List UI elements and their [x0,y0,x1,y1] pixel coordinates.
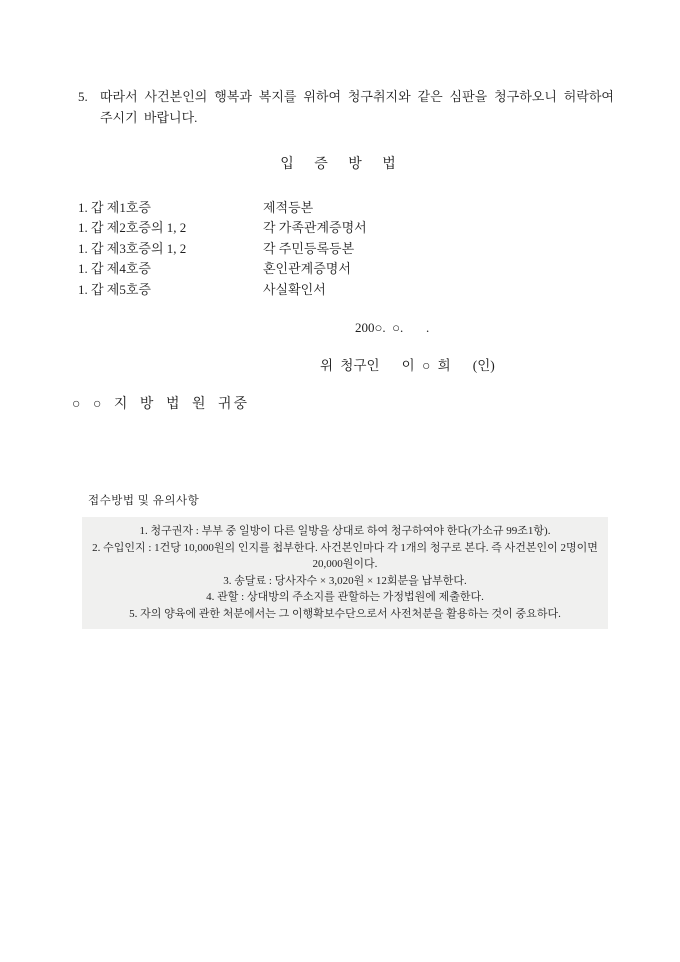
evidence-item: 1. 갑 제2호증의 1, 2 각 가족관계증명서 [78,218,614,238]
closing-paragraph-text: 따라서 사건본인의 행복과 복지를 위하여 청구취지와 같은 심판을 청구하오니… [100,86,614,128]
petitioner-signature-line: 위 청구인 이 ○ 희 (인) [78,355,614,376]
closing-paragraph: 5. 따라서 사건본인의 행복과 복지를 위하여 청구취지와 같은 심판을 청구… [78,86,614,128]
evidence-item-value: 사실확인서 [263,280,614,300]
filing-note-item: 1. 청구권자 : 부부 중 일방이 다른 일방을 상대로 하여 청구하여야 한… [92,523,598,540]
evidence-item-label: 1. 갑 제4호증 [78,259,263,279]
evidence-list: 1. 갑 제1호증 제적등본 1. 갑 제2호증의 1, 2 각 가족관계증명서… [78,198,614,300]
evidence-item-label: 1. 갑 제3호증의 1, 2 [78,239,263,259]
document-body: 5. 따라서 사건본인의 행복과 복지를 위하여 청구취지와 같은 심판을 청구… [0,0,680,629]
filing-notes-title: 접수방법 및 유의사항 [88,492,614,508]
evidence-item-value: 제적등본 [263,198,614,218]
evidence-item-label: 1. 갑 제5호증 [78,280,263,300]
filing-notes-box: 1. 청구권자 : 부부 중 일방이 다른 일방을 상대로 하여 청구하여야 한… [82,517,608,629]
evidence-section-title: 입 증 방 법 [78,153,600,173]
closing-paragraph-number: 5. [78,86,100,128]
evidence-item-label: 1. 갑 제2호증의 1, 2 [78,218,263,238]
court-addressee-line: ○ ○ 지 방 법 원 귀중 [72,394,614,415]
evidence-item-value: 각 주민등록등본 [263,239,614,259]
filing-note-item: 3. 송달료 : 당사자수 × 3,020원 × 12회분을 납부한다. [92,573,598,590]
evidence-item-value: 혼인관계증명서 [263,259,614,279]
filing-note-item: 2. 수입인지 : 1건당 10,000원의 인지를 첩부한다. 사건본인마다 … [92,540,598,573]
filing-note-item: 5. 자의 양육에 관한 처분에서는 그 이행확보수단으로서 사전처분을 활용하… [92,606,598,623]
evidence-item: 1. 갑 제5호증 사실확인서 [78,280,614,300]
evidence-item-label: 1. 갑 제1호증 [78,198,263,218]
filing-note-item: 4. 관할 : 상대방의 주소지를 관할하는 가정법원에 제출한다. [92,589,598,606]
evidence-item: 1. 갑 제1호증 제적등본 [78,198,614,218]
legal-document-page: 5. 따라서 사건본인의 행복과 복지를 위하여 청구취지와 같은 심판을 청구… [0,0,680,962]
filing-notes-section: 접수방법 및 유의사항 1. 청구권자 : 부부 중 일방이 다른 일방을 상대… [78,492,614,629]
evidence-item: 1. 갑 제4호증 혼인관계증명서 [78,259,614,279]
evidence-item: 1. 갑 제3호증의 1, 2 각 주민등록등본 [78,239,614,259]
date-line: 200○. ○. . [78,317,614,338]
evidence-item-value: 각 가족관계증명서 [263,218,614,238]
